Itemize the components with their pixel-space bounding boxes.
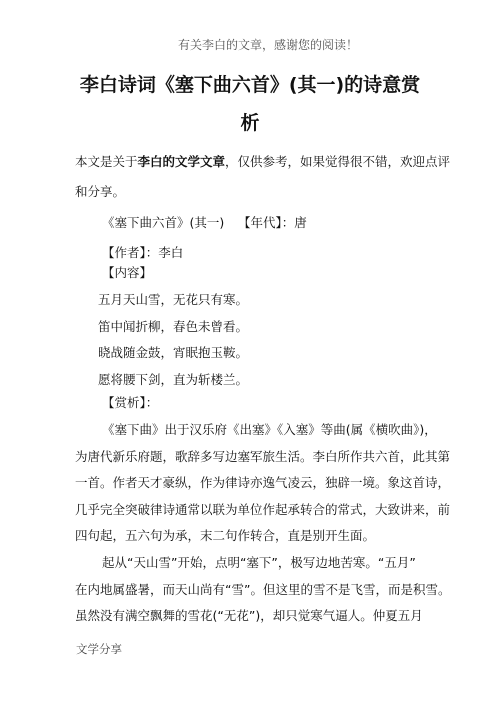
intro-line-1: 本文是关于李白的文学文章，仅供参考，如果觉得很不错，欢迎点评 [75,152,450,170]
analysis-line: 一首。作者天才豪纵，作为律诗亦逸气凌云，独辟一境。象这首诗， [75,473,450,491]
analysis-label: 【赏析】： [102,393,158,411]
poem-line: 五月天山雪，无花只有寒。 [98,290,248,308]
poem-line: 晓战随金鼓，宵眠抱玉鞍。 [98,343,248,361]
poem-title: 《塞下曲六首》(其一) [102,213,224,231]
intro-bold: 李白的文学文章 [138,154,226,169]
document-title-continued: 析 [60,108,440,135]
author-label: 【作者】：李白 [102,243,183,261]
page-header: 有关李白的文章，感谢您的阅读！ [0,36,496,53]
analysis-line: 四句起，五六句为承，末二句作转合，直是别开生面。 [75,526,375,544]
analysis-line: 为唐代新乐府题，歌辞多写边塞军旅生活。李白所作共六首，此其第 [75,447,450,465]
poem-line: 愿将腰下剑，直为斩楼兰。 [98,370,248,388]
analysis-line: 虽然没有满空飘舞的雪花(“无花”)，却只觉寒气逼人。仲夏五月 [75,606,423,624]
analysis-line: 起从“天山雪”开始，点明“塞下”，极写边地苦寒。“五月” [102,553,416,571]
intro-line-2: 和分享。 [75,182,125,200]
poem-line: 笛中闻折柳，春色未曾看。 [98,317,248,335]
analysis-line: 《塞下曲》出于汉乐府《出塞》《入塞》等曲(属《横吹曲》)， [102,420,437,438]
content-label: 【内容】 [102,263,152,281]
analysis-line: 几乎完全突破律诗通常以联为单位作起承转合的常式，大致讲来，前 [75,500,450,518]
intro-prefix: 本文是关于 [75,154,138,169]
document-title: 李白诗词《塞下曲六首》(其一)的诗意赏 [60,70,440,97]
era-label: 【年代】：唐 [238,213,307,231]
analysis-line: 在内地属盛暑，而天山尚有“雪”。但这里的雪不是飞雪，而是积雪。 [75,580,450,598]
page-footer: 文学分享 [76,641,122,657]
intro-suffix: ，仅供参考，如果觉得很不错，欢迎点评 [225,154,450,169]
